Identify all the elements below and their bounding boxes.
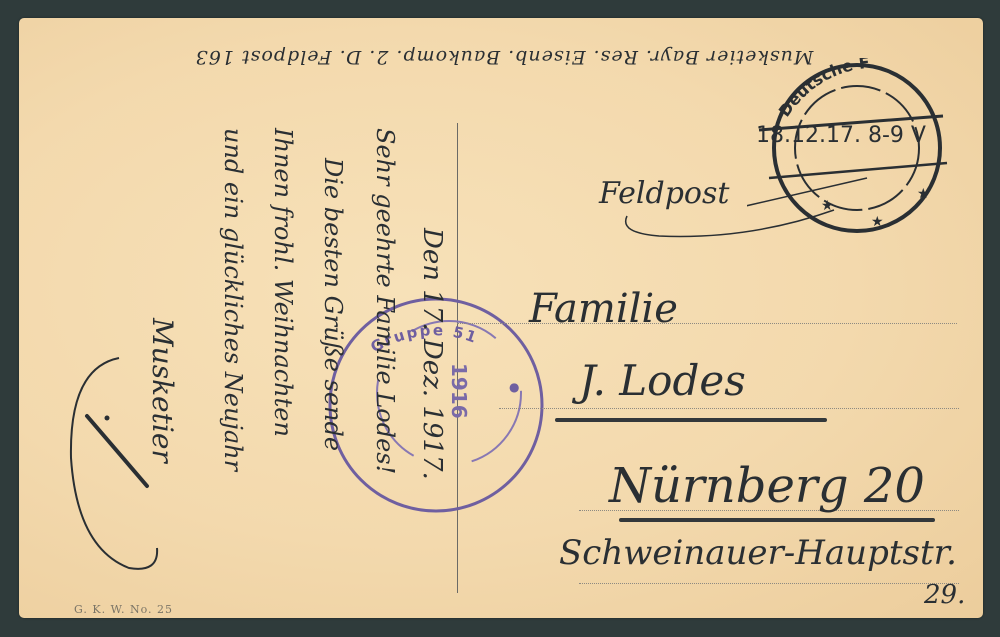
message-line-2: Die besten Grüße sende xyxy=(319,158,347,451)
signature-flourish xyxy=(59,348,169,578)
svg-text:★: ★ xyxy=(871,214,884,230)
svg-text:1916: 1916 xyxy=(447,363,471,419)
recipient-line-1: Familie xyxy=(529,286,678,332)
underline-city xyxy=(619,518,935,522)
message-line-3: Ihnen frohl. Weihnachten xyxy=(269,128,297,437)
recipient-line-2: J. Lodes xyxy=(579,356,746,405)
recipient-line-5: 29. xyxy=(924,580,965,610)
feldpost-flourish xyxy=(619,208,839,248)
service-mark: Feldpost xyxy=(599,176,729,211)
message-date: Den 17. Dez. 1917. xyxy=(417,228,447,480)
postcard: Musketier Bayr. Res. Eisenb. Baukomp. 2.… xyxy=(19,18,983,618)
message-line-1: Sehr geehrte Familie Lodes! xyxy=(371,128,399,474)
underline-name xyxy=(555,418,827,422)
postmark-date: 18.12.17. 8-9 V xyxy=(756,123,926,148)
address-line-4 xyxy=(579,583,959,584)
recipient-line-4: Schweinauer-Hauptstr. xyxy=(559,533,957,573)
recipient-line-3: Nürnberg 20 xyxy=(609,458,925,514)
address-line-2 xyxy=(499,408,959,409)
svg-text:●: ● xyxy=(509,380,519,394)
printer-mark: G. K. W. No. 25 xyxy=(74,603,173,616)
svg-text:★: ★ xyxy=(917,186,930,202)
message-line-4: und ein glückliches Neujahr xyxy=(219,128,247,471)
